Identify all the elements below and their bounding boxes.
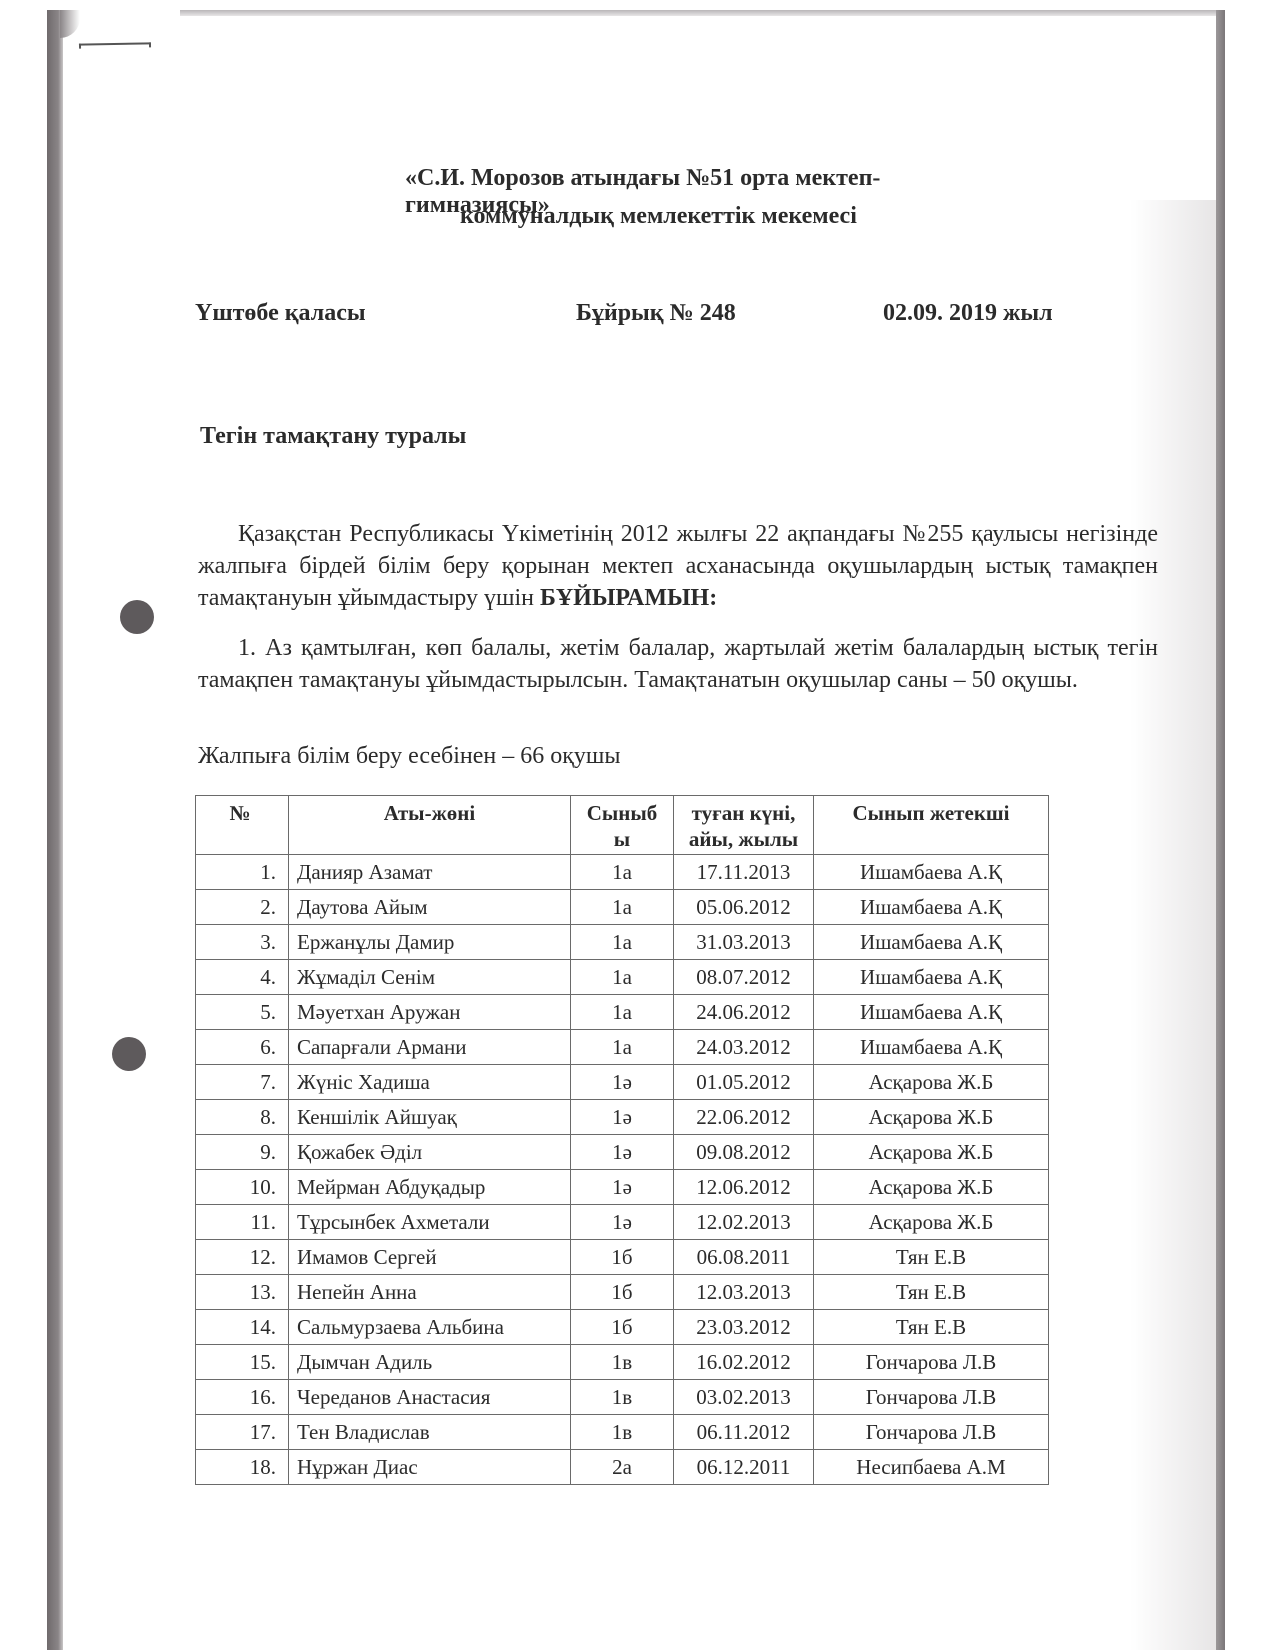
birth-date: 09.08.2012 [674, 1135, 814, 1170]
class-teacher: Гончарова Л.В [814, 1345, 1049, 1380]
birth-date: 12.02.2013 [674, 1205, 814, 1240]
row-num: 16. [196, 1380, 289, 1415]
table-row: 8.Кеншілік Айшуақ1ә22.06.2012Асқарова Ж.… [196, 1100, 1049, 1135]
order-item-1: 1. Аз қамтылған, көп балалы, жетім балал… [198, 632, 1158, 696]
student-name: Череданов Анастасия [289, 1380, 571, 1415]
punch-hole-top [120, 600, 154, 634]
student-name: Непейн Анна [289, 1275, 571, 1310]
student-class: 1ә [571, 1205, 674, 1240]
class-teacher: Тян Е.В [814, 1275, 1049, 1310]
student-class: 1б [571, 1240, 674, 1275]
preamble-paragraph: Қазақстан Республикасы Үкіметінің 2012 ж… [198, 518, 1158, 614]
table-row: 7.Жүніс Хадиша1ә01.05.2012Асқарова Ж.Б [196, 1065, 1049, 1100]
class-teacher: Асқарова Ж.Б [814, 1170, 1049, 1205]
row-num: 4. [196, 960, 289, 995]
birth-date: 06.12.2011 [674, 1450, 814, 1485]
student-class: 1б [571, 1310, 674, 1345]
row-num: 3. [196, 925, 289, 960]
row-num: 6. [196, 1030, 289, 1065]
student-class: 2а [571, 1450, 674, 1485]
student-class: 1а [571, 890, 674, 925]
header-name: Аты-жөні [289, 796, 571, 855]
birth-date: 08.07.2012 [674, 960, 814, 995]
student-name: Сапарғали Армани [289, 1030, 571, 1065]
class-teacher: Гончарова Л.В [814, 1380, 1049, 1415]
header-birth-date: туған күні, айы, жылы [674, 796, 814, 855]
student-class: 1ә [571, 1065, 674, 1100]
class-teacher: Асқарова Ж.Б [814, 1205, 1049, 1240]
class-teacher: Ишамбаева А.Қ [814, 1030, 1049, 1065]
funding-note: Жалпыға білім беру есебінен – 66 оқушы [198, 743, 620, 770]
order-subject: Тегін тамақтану туралы [200, 423, 466, 450]
scan-edge-top [180, 10, 1225, 16]
order-date: 02.09. 2019 жыл [883, 300, 1053, 327]
birth-date: 23.03.2012 [674, 1310, 814, 1345]
birth-date: 12.03.2013 [674, 1275, 814, 1310]
city: Үштөбе қаласы [195, 300, 366, 327]
class-teacher: Ишамбаева А.Қ [814, 960, 1049, 995]
birth-date: 01.05.2012 [674, 1065, 814, 1100]
header-num: № [196, 796, 289, 855]
class-teacher: Тян Е.В [814, 1310, 1049, 1345]
row-num: 15. [196, 1345, 289, 1380]
row-num: 10. [196, 1170, 289, 1205]
row-num: 2. [196, 890, 289, 925]
birth-date: 12.06.2012 [674, 1170, 814, 1205]
student-class: 1а [571, 960, 674, 995]
birth-date: 16.02.2012 [674, 1345, 814, 1380]
class-teacher: Ишамбаева А.Қ [814, 890, 1049, 925]
row-num: 9. [196, 1135, 289, 1170]
row-num: 17. [196, 1415, 289, 1450]
table-row: 2.Даутова Айым1а05.06.2012Ишамбаева А.Қ [196, 890, 1049, 925]
birth-date: 06.08.2011 [674, 1240, 814, 1275]
student-class: 1в [571, 1380, 674, 1415]
student-name: Мейрман Абдуқадыр [289, 1170, 571, 1205]
student-name: Тен Владислав [289, 1415, 571, 1450]
table-row: 18.Нұржан Диас2а06.12.2011Несипбаева А.М [196, 1450, 1049, 1485]
class-teacher: Ишамбаева А.Қ [814, 855, 1049, 890]
student-name: Қожабек Әділ [289, 1135, 571, 1170]
scan-edge-right [1216, 10, 1225, 1650]
order-number: Бұйрық № 248 [576, 300, 736, 327]
header-teacher: Сынып жетекші [814, 796, 1049, 855]
pen-mark [79, 42, 151, 48]
student-name: Жүніс Хадиша [289, 1065, 571, 1100]
row-num: 13. [196, 1275, 289, 1310]
header-class: Сыныб ы [571, 796, 674, 855]
table-row: 12.Имамов Сергей1б06.08.2011Тян Е.В [196, 1240, 1049, 1275]
scan-edge-left [47, 10, 63, 1650]
table-row: 4.Жұмаділ Сенім1а08.07.2012Ишамбаева А.Қ [196, 960, 1049, 995]
organization-type: коммуналдық мемлекеттік мекемесі [460, 203, 920, 230]
birth-date: 22.06.2012 [674, 1100, 814, 1135]
class-teacher: Несипбаева А.М [814, 1450, 1049, 1485]
student-name: Дымчан Адиль [289, 1345, 571, 1380]
table-header-row: № Аты-жөні Сыныб ы туған күні, айы, жылы… [196, 796, 1049, 855]
student-class: 1а [571, 925, 674, 960]
student-class: 1ә [571, 1170, 674, 1205]
birth-date: 24.06.2012 [674, 995, 814, 1030]
table-row: 11.Тұрсынбек Ахметали1ә12.02.2013Асқаров… [196, 1205, 1049, 1240]
table-row: 17.Тен Владислав1в06.11.2012Гончарова Л.… [196, 1415, 1049, 1450]
student-name: Данияр Азамат [289, 855, 571, 890]
student-name: Даутова Айым [289, 890, 571, 925]
class-teacher: Асқарова Ж.Б [814, 1135, 1049, 1170]
class-teacher: Тян Е.В [814, 1240, 1049, 1275]
class-teacher: Асқарова Ж.Б [814, 1065, 1049, 1100]
row-num: 1. [196, 855, 289, 890]
student-class: 1а [571, 1030, 674, 1065]
student-class: 1а [571, 995, 674, 1030]
table-row: 9.Қожабек Әділ1ә09.08.2012Асқарова Ж.Б [196, 1135, 1049, 1170]
row-num: 12. [196, 1240, 289, 1275]
table-row: 14.Сальмурзаева Альбина1б23.03.2012Тян Е… [196, 1310, 1049, 1345]
table-row: 5.Мәуетхан Аружан1а24.06.2012Ишамбаева А… [196, 995, 1049, 1030]
birth-date: 05.06.2012 [674, 890, 814, 925]
row-num: 14. [196, 1310, 289, 1345]
order-directive: БҰЙЫРАМЫН: [540, 585, 717, 611]
row-num: 5. [196, 995, 289, 1030]
row-num: 11. [196, 1205, 289, 1240]
student-name: Тұрсынбек Ахметали [289, 1205, 571, 1240]
row-num: 8. [196, 1100, 289, 1135]
table-row: 16.Череданов Анастасия1в03.02.2013Гончар… [196, 1380, 1049, 1415]
scan-shadow-right [1130, 200, 1216, 1650]
student-name: Сальмурзаева Альбина [289, 1310, 571, 1345]
class-teacher: Гончарова Л.В [814, 1415, 1049, 1450]
birth-date: 03.02.2013 [674, 1380, 814, 1415]
students-table: № Аты-жөні Сыныб ы туған күні, айы, жылы… [195, 795, 1049, 1485]
birth-date: 17.11.2013 [674, 855, 814, 890]
student-name: Ержанұлы Дамир [289, 925, 571, 960]
class-teacher: Ишамбаева А.Қ [814, 925, 1049, 960]
student-class: 1ә [571, 1100, 674, 1135]
table-row: 13.Непейн Анна1б12.03.2013Тян Е.В [196, 1275, 1049, 1310]
student-class: 1в [571, 1415, 674, 1450]
birth-date: 24.03.2012 [674, 1030, 814, 1065]
class-teacher: Асқарова Ж.Б [814, 1100, 1049, 1135]
row-num: 7. [196, 1065, 289, 1100]
student-class: 1в [571, 1345, 674, 1380]
table-row: 10.Мейрман Абдуқадыр1ә12.06.2012Асқарова… [196, 1170, 1049, 1205]
punch-hole-bottom [112, 1037, 146, 1071]
scan-edge-corner [60, 10, 80, 38]
class-teacher: Ишамбаева А.Қ [814, 995, 1049, 1030]
student-name: Нұржан Диас [289, 1450, 571, 1485]
student-class: 1ә [571, 1135, 674, 1170]
table-row: 3.Ержанұлы Дамир1а31.03.2013Ишамбаева А.… [196, 925, 1049, 960]
student-name: Кеншілік Айшуақ [289, 1100, 571, 1135]
student-class: 1а [571, 855, 674, 890]
row-num: 18. [196, 1450, 289, 1485]
table-row: 6.Сапарғали Армани1а24.03.2012Ишамбаева … [196, 1030, 1049, 1065]
student-name: Имамов Сергей [289, 1240, 571, 1275]
table-row: 15.Дымчан Адиль1в16.02.2012Гончарова Л.В [196, 1345, 1049, 1380]
birth-date: 31.03.2013 [674, 925, 814, 960]
birth-date: 06.11.2012 [674, 1415, 814, 1450]
table-row: 1.Данияр Азамат1а17.11.2013Ишамбаева А.Қ [196, 855, 1049, 890]
student-name: Мәуетхан Аружан [289, 995, 571, 1030]
student-class: 1б [571, 1275, 674, 1310]
student-name: Жұмаділ Сенім [289, 960, 571, 995]
